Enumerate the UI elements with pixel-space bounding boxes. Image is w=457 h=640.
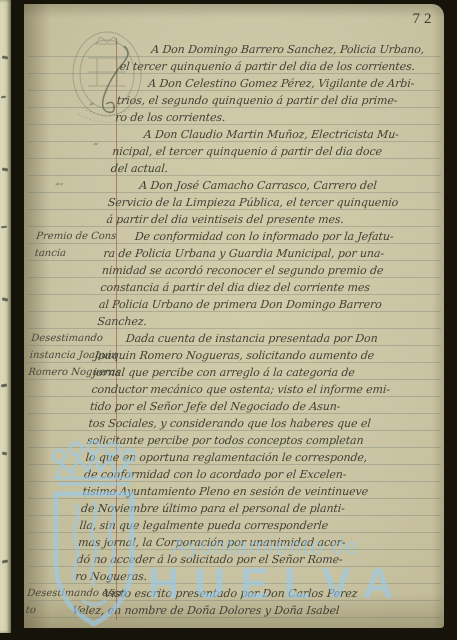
manuscript-line: ro de los corrientes. (115, 109, 436, 126)
manuscript-line: del actual. (110, 160, 431, 177)
adjacent-page-edge (0, 0, 11, 633)
manuscript-line: de Noviembre último para el personal de … (80, 500, 401, 517)
ink-bleed-mark (2, 55, 8, 59)
ditto-mark: „ (93, 136, 99, 147)
manuscript-line: nimidad se acordó reconocer el segundo p… (101, 262, 422, 279)
manuscript-line: conductor mecánico que ostenta; visto el… (91, 381, 412, 398)
manuscript-line: De conformidad con lo informado por la J… (104, 228, 425, 245)
manuscript-line: el tercer quinquenio á partir del dia de… (119, 58, 440, 75)
manuscript-line: lla, sin que legalmente pueda correspond… (79, 517, 400, 534)
manuscript-line: ra de Policia Urbana y Guardia Municipal… (103, 245, 424, 262)
manuscript-line: Sanchez. (97, 313, 418, 330)
manuscript-line: A Don Celestino Gomez Pérez, Vigilante d… (118, 75, 439, 92)
ink-bleed-mark (2, 168, 8, 172)
scanned-manuscript-page: 72 „ „ „, Premio de Constancia Desest (0, 0, 457, 640)
manuscript-line: de conformidad con lo acordado por el Ex… (83, 466, 404, 483)
manuscript-line: á partir del dia veintiseis del presente… (106, 211, 427, 228)
manuscript-line: A Don Claudio Martin Muñoz, Electricista… (113, 126, 434, 143)
ink-bleed-mark (1, 226, 7, 229)
ink-bleed-mark (2, 297, 9, 301)
manuscript-line: al Policia Urbano de primera Don Domingo… (98, 296, 419, 313)
manuscript-line: trios, el segundo quinquenio á partir de… (116, 92, 437, 109)
ink-bleed-mark (2, 559, 8, 563)
manuscript-line: tos Sociales, y considerando que los hab… (88, 415, 409, 432)
manuscript-line: lo que en oportuna reglamentación le cor… (85, 449, 406, 466)
manuscript-line: Velez, en nombre de Doña Dolores y Doña … (71, 602, 392, 619)
manuscript-line: dó no acceder á lo solicitado por el Señ… (76, 551, 397, 568)
manuscript-line: jornal que percibe con arreglo á la cate… (92, 364, 413, 381)
page-number: 72 (404, 11, 444, 28)
ink-bleed-mark (1, 96, 6, 99)
manuscript-line: solicitante percibe por todos conceptos … (86, 432, 407, 449)
manuscript-page: 72 „ „ „, Premio de Constancia Desest (24, 4, 444, 628)
manuscript-line: tido por el Señor Jefe del Negociado de … (89, 398, 410, 415)
ink-bleed-mark (1, 384, 7, 388)
ditto-mark: „, (55, 176, 64, 187)
manuscript-line: tisimo Ayuntamiento Pleno en sesión de v… (82, 483, 403, 500)
ditto-mark: „ (89, 96, 95, 107)
manuscript-line: Visto escrito presentado por Don Carlos … (73, 585, 394, 602)
manuscript-line: Joaquin Romero Nogueras, solicitando aum… (94, 347, 415, 364)
manuscript-line: ro Nogueras. (74, 568, 395, 585)
manuscript-line: mas jornal, la Corporación por unanimida… (77, 534, 398, 551)
ink-bleed-mark (2, 452, 7, 456)
manuscript-line: Dada cuenta de instancia presentada por … (95, 330, 416, 347)
manuscript-body: A Don Domingo Barrero Sanchez, Policia U… (71, 41, 442, 619)
manuscript-line: Servicio de la Limpieza Pública, el terc… (107, 194, 428, 211)
manuscript-line: A Don Domingo Barrero Sanchez, Policia U… (121, 41, 442, 58)
manuscript-line: nicipal, el tercer quinquenio á partir d… (112, 143, 433, 160)
manuscript-line: constancia á partir del dia diez del cor… (100, 279, 421, 296)
manuscript-line: A Don José Camacho Carrasco, Carrero del (109, 177, 430, 194)
